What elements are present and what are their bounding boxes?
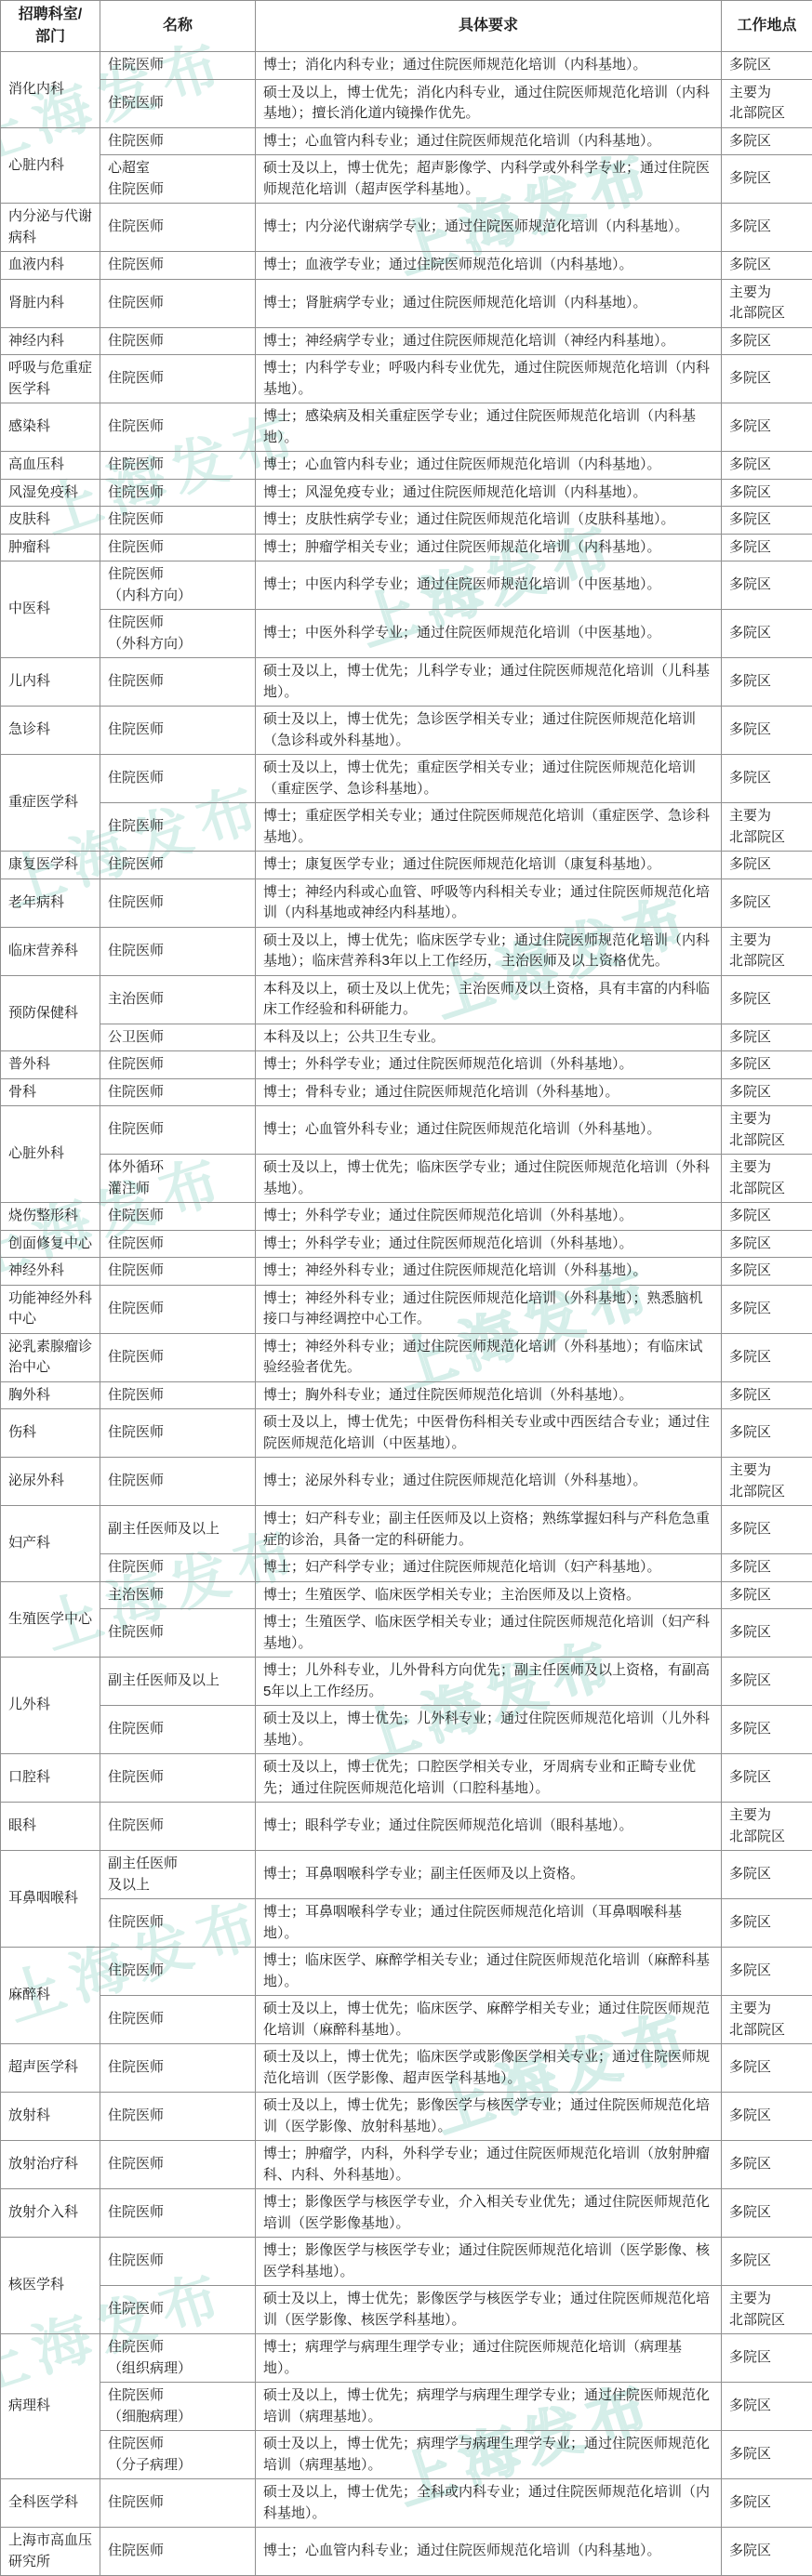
requirements-cell: 硕士及以上，博士优先；急诊医学相关专业；通过住院医师规范化培训（急诊科或外科基地… [256,707,722,755]
location-cell: 多院区 [722,1078,812,1106]
requirements-cell: 博士；心血管外科专业；通过住院医师规范化培训（外科基地）。 [256,1106,722,1155]
table-row: 烧伤整形科住院医师博士；外科学专业；通过住院医师规范化培训（外科基地）。多院区 [1,1203,812,1231]
table-row: 住院医师硕士及以上，博士优先；儿外科专业；通过住院医师规范化培训（儿外科基地）。… [1,1706,812,1754]
title-cell: 住院医师 [100,2141,256,2189]
department-cell: 预防保健科 [1,975,100,1051]
location-cell: 多院区 [722,975,812,1024]
title-cell: 住院医师 [100,1203,256,1231]
location-cell: 多院区 [722,1754,812,1803]
title-cell: 住院医师 [100,204,256,252]
title-cell: 住院医师 [100,1333,256,1381]
location-cell: 多院区 [722,1230,812,1258]
requirements-cell: 博士；外科学专业；通过住院医师规范化培训（外科基地）。 [256,1230,722,1258]
requirements-cell: 硕士及以上，博士优先；全科或内科专业；通过住院医师规范化培训（内科基地）。 [256,2479,722,2528]
title-cell: 住院医师 [100,2286,256,2334]
requirements-cell: 硕士及以上，博士优先；儿科学专业；通过住院医师规范化培训（儿科基地）。 [256,658,722,707]
location-cell: 多院区 [722,2334,812,2383]
table-row: 生殖医学中心主治医师博士；生殖医学、临床医学相关专业；主治医师及以上资格。多院区 [1,1581,812,1609]
location-cell: 多院区 [722,1285,812,1333]
location-cell: 主要为 北部院区 [722,1106,812,1155]
department-cell: 麻醉科 [1,1948,100,2044]
requirements-cell: 博士；重症医学相关专业；通过住院医师规范化培训（重症医学、急诊科基地）。 [256,803,722,852]
department-cell: 上海市高血压研究所 [1,2528,100,2576]
location-cell: 多院区 [722,2383,812,2431]
requirements-cell: 博士；神经病学专业；通过住院医师规范化培训（神经内科基地）。 [256,327,722,355]
table-row: 风湿免疫科住院医师博士；风湿免疫专业；通过住院医师规范化培训（内科基地）。多院区 [1,479,812,507]
department-cell: 创面修复中心 [1,1230,100,1258]
table-row: 康复医学科住院医师博士；康复医学专业；通过住院医师规范化培训（康复科基地）。多院… [1,852,812,879]
requirements-cell: 硕士及以上，博士优先；病理学与病理生理学专业；通过住院医师规范化培训（病理基地）… [256,2383,722,2431]
title-cell: 主治医师 [100,975,256,1024]
location-cell: 主要为 北部院区 [722,79,812,127]
requirements-cell: 博士；耳鼻咽喉科学专业；通过住院医师规范化培训（耳鼻咽喉科基地）。 [256,1899,722,1948]
department-cell: 老年病科 [1,878,100,927]
department-cell: 神经外科 [1,1258,100,1286]
location-cell: 主要为 北部院区 [722,1458,812,1506]
title-cell: 副主任医师及以上 [100,1506,256,1554]
location-cell: 多院区 [722,155,812,204]
requirements-cell: 硕士及以上，博士优先；消化内科专业，通过住院医师规范化培训（内科基地）；擅长消化… [256,79,722,127]
title-cell: 住院医师 [100,1078,256,1106]
requirements-cell: 硕士及以上，博士优先；病理学与病理生理学专业；通过住院医师规范化培训（病理基地）… [256,2431,722,2479]
location-cell: 多院区 [722,2189,812,2238]
department-cell: 普外科 [1,1051,100,1079]
table-row: 普外科住院医师博士；外科学专业；通过住院医师规范化培训（外科基地）。多院区 [1,1051,812,1079]
location-cell: 多院区 [722,52,812,80]
title-cell: 体外循环 灌注师 [100,1155,256,1203]
location-cell: 多院区 [722,878,812,927]
title-cell: 公卫医师 [100,1024,256,1051]
department-cell: 中医科 [1,561,100,658]
recruitment-table: 招聘科室/ 部门 名称 具体要求 工作地点 消化内科住院医师博士；消化内科专业；… [0,0,812,2576]
location-cell: 多院区 [722,534,812,561]
requirements-cell: 博士；生殖医学、临床医学相关专业；通过住院医师规范化培训（妇产科基地）。 [256,1609,722,1658]
title-cell: 住院医师 [100,927,256,975]
requirements-cell: 博士；内分泌代谢病学专业；通过住院医师规范化培训（内科基地）。 [256,204,722,252]
table-row: 妇产科副主任医师及以上博士；妇产科专业；副主任医师及以上资格；熟练掌握妇科与产科… [1,1506,812,1554]
department-cell: 儿内科 [1,658,100,707]
title-cell: 住院医师 [100,1554,256,1582]
location-cell: 主要为 北部院区 [722,1996,812,2044]
department-cell: 放射介入科 [1,2189,100,2238]
department-cell: 高血压科 [1,452,100,480]
requirements-cell: 博士；风湿免疫专业；通过住院医师规范化培训（内科基地）。 [256,479,722,507]
table-row: 住院医师硕士及以上，博士优先；临床医学、麻醉学相关专业；通过住院医师规范化培训（… [1,1996,812,2044]
table-row: 神经外科住院医师博士；神经外科专业；通过住院医师规范化培训（外科基地）。多院区 [1,1258,812,1286]
department-cell: 血液内科 [1,252,100,280]
title-cell: 住院医师 （组织病理） [100,2334,256,2383]
location-cell: 多院区 [722,452,812,480]
department-cell: 神经内科 [1,327,100,355]
title-cell: 住院医师 [100,252,256,280]
department-cell: 消化内科 [1,52,100,128]
requirements-cell: 博士；消化内科专业；通过住院医师规范化培训（内科基地）。 [256,52,722,80]
requirements-cell: 博士；外科学专业；通过住院医师规范化培训（外科基地）。 [256,1051,722,1079]
department-cell: 肿瘤科 [1,534,100,561]
requirements-cell: 硕士及以上，博士优先；口腔医学相关专业，牙周病专业和正畸专业优先；通过住院医师规… [256,1754,722,1803]
title-cell: 住院医师 [100,1381,256,1409]
title-cell: 住院医师 [100,878,256,927]
requirements-cell: 博士；神经外科专业；通过住院医师规范化培训（外科基地）。 [256,1258,722,1286]
table-row: 放射治疗科住院医师博士；肿瘤学，内科，外科学专业；通过住院医师规范化培训（放射肿… [1,2141,812,2189]
requirements-cell: 本科及以上，硕士及以上优先；主治医师及以上资格，具有丰富的内科临床工作经验和科研… [256,975,722,1024]
location-cell: 多院区 [722,610,812,658]
table-row: 功能神经外科中心住院医师博士；神经外科专业；通过住院医师规范化培训（外科基地）；… [1,1285,812,1333]
location-cell: 主要为 北部院区 [722,1155,812,1203]
table-row: 儿外科副主任医师及以上博士；儿外科专业，儿外骨科方向优先；副主任医师及以上资格，… [1,1658,812,1706]
requirements-cell: 博士；神经外科专业；通过住院医师规范化培训（外科基地）；熟悉脑机接口与神经调控中… [256,1285,722,1333]
title-cell: 住院医师 [100,2189,256,2238]
location-cell: 主要为 北部院区 [722,279,812,327]
location-cell: 多院区 [722,1506,812,1554]
title-cell: 住院医师 [100,2528,256,2576]
requirements-cell: 博士；血液学专业；通过住院医师规范化培训（内科基地）。 [256,252,722,280]
title-cell: 住院医师 [100,1458,256,1506]
department-cell: 内分泌与代谢病科 [1,204,100,252]
location-cell: 多院区 [722,204,812,252]
table-row: 老年病科住院医师博士；神经内科或心血管、呼吸等内科相关专业；通过住院医师规范化培… [1,878,812,927]
location-cell: 多院区 [722,507,812,535]
table-row: 血液内科住院医师博士；血液学专业；通过住院医师规范化培训（内科基地）。多院区 [1,252,812,280]
title-cell: 住院医师 （分子病理） [100,2431,256,2479]
table-row: 内分泌与代谢病科住院医师博士；内分泌代谢病学专业；通过住院医师规范化培训（内科基… [1,204,812,252]
table-row: 住院医师硕士及以上，博士优先；影像医学与核医学专业；通过住院医师规范化培训（医学… [1,2286,812,2334]
title-cell: 住院医师 [100,534,256,561]
table-row: 耳鼻咽喉科副主任医师 及以上博士；耳鼻咽喉科学专业；副主任医师及以上资格。多院区 [1,1851,812,1899]
title-cell: 副主任医师及以上 [100,1658,256,1706]
title-cell: 住院医师 [100,79,256,127]
title-cell: 心超室 住院医师 [100,155,256,204]
location-cell: 主要为 北部院区 [722,1803,812,1851]
title-cell: 住院医师 [100,1899,256,1948]
title-cell: 住院医师 [100,755,256,803]
location-cell: 多院区 [722,2528,812,2576]
title-cell: 副主任医师 及以上 [100,1851,256,1899]
title-cell: 住院医师 [100,1948,256,1996]
title-cell: 住院医师 [100,1106,256,1155]
table-row: 骨科住院医师博士；骨科专业；通过住院医师规范化培训（外科基地）。多院区 [1,1078,812,1106]
table-row: 重症医学科住院医师硕士及以上，博士优先；重症医学相关专业；通过住院医师规范化培训… [1,755,812,803]
title-cell: 住院医师 （细胞病理） [100,2383,256,2431]
department-cell: 生殖医学中心 [1,1581,100,1658]
requirements-cell: 硕士及以上，博士优先；超声影像学、内科学或外科学专业；通过住院医师规范化培训（超… [256,155,722,204]
requirements-cell: 博士；胸外科专业；通过住院医师规范化培训（外科基地）。 [256,1381,722,1409]
department-cell: 重症医学科 [1,755,100,852]
department-cell: 呼吸与危重症医学科 [1,355,100,403]
title-cell: 住院医师 [100,127,256,155]
table-row: 住院医师博士；妇产科学专业；通过住院医师规范化培训（妇产科基地）。多院区 [1,1554,812,1582]
requirements-cell: 博士；肿瘤学相关专业；通过住院医师规范化培训（内科基地）。 [256,534,722,561]
table-row: 住院医师 （细胞病理）硕士及以上，博士优先；病理学与病理生理学专业；通过住院医师… [1,2383,812,2431]
header-row: 招聘科室/ 部门 名称 具体要求 工作地点 [1,1,812,52]
requirements-cell: 博士；心血管内科专业；通过住院医师规范化培训（内科基地）。 [256,127,722,155]
location-cell: 主要为 北部院区 [722,927,812,975]
table-row: 急诊科住院医师硕士及以上，博士优先；急诊医学相关专业；通过住院医师规范化培训（急… [1,707,812,755]
title-cell: 住院医师 （外科方向） [100,610,256,658]
table-row: 呼吸与危重症医学科住院医师博士；内科学专业；呼吸内科专业优先，通过住院医师规范化… [1,355,812,403]
requirements-cell: 硕士及以上，博士优先；影像医学与核医学专业；通过住院医师规范化培训（医学影像、放… [256,2093,722,2141]
department-cell: 烧伤整形科 [1,1203,100,1231]
location-cell: 多院区 [722,2431,812,2479]
table-row: 住院医师博士；生殖医学、临床医学相关专业；通过住院医师规范化培训（妇产科基地）。… [1,1609,812,1658]
location-cell: 多院区 [722,2093,812,2141]
location-cell: 多院区 [722,1203,812,1231]
table-row: 肿瘤科住院医师博士；肿瘤学相关专业；通过住院医师规范化培训（内科基地）。多院区 [1,534,812,561]
table-row: 眼科住院医师博士；眼科学专业；通过住院医师规范化培训（眼科基地）。主要为 北部院… [1,1803,812,1851]
location-cell: 多院区 [722,1706,812,1754]
title-cell: 住院医师 [100,2093,256,2141]
requirements-cell: 博士；病理学与病理生理学专业；通过住院医师规范化培训（病理基地）。 [256,2334,722,2383]
table-row: 皮肤科住院医师博士；皮肤性病学专业；通过住院医师规范化培训（皮肤科基地）。多院区 [1,507,812,535]
table-row: 上海市高血压研究所住院医师博士；心血管内科专业；通过住院医师规范化培训（内科基地… [1,2528,812,2576]
requirements-cell: 博士；皮肤性病学专业；通过住院医师规范化培训（皮肤科基地）。 [256,507,722,535]
location-cell: 多院区 [722,355,812,403]
department-cell: 康复医学科 [1,852,100,879]
title-cell: 住院医师 [100,279,256,327]
location-cell: 多院区 [722,127,812,155]
table-row: 中医科住院医师 （内科方向）博士；中医内科学专业；通过住院医师规范化培训（中医基… [1,561,812,610]
title-cell: 住院医师 [100,355,256,403]
title-cell: 住院医师 [100,1609,256,1658]
table-row: 住院医师 （外科方向）博士；中医外科学专业；通过住院医师规范化培训（中医基地）。… [1,610,812,658]
department-cell: 感染科 [1,403,100,452]
table-row: 预防保健科主治医师本科及以上，硕士及以上优先；主治医师及以上资格，具有丰富的内科… [1,975,812,1024]
table-row: 肾脏内科住院医师博士；肾脏病学专业；通过住院医师规范化培训（内科基地）。主要为 … [1,279,812,327]
header-requirements: 具体要求 [256,1,722,52]
table-row: 病理科住院医师 （组织病理）博士；病理学与病理生理学专业；通过住院医师规范化培训… [1,2334,812,2383]
title-cell: 住院医师 [100,403,256,452]
department-cell: 全科医学科 [1,2479,100,2528]
table-row: 高血压科住院医师博士；心血管内科专业；通过住院医师规范化培训（内科基地）。多院区 [1,452,812,480]
header-dept: 招聘科室/ 部门 [1,1,100,52]
table-row: 核医学科住院医师博士；影像医学与核医学专业；通过住院医师规范化培训（医学影像、核… [1,2238,812,2286]
requirements-cell: 博士；临床医学、麻醉学相关专业；通过住院医师规范化培训（麻醉科基地）。 [256,1948,722,1996]
title-cell: 住院医师 [100,1706,256,1754]
location-cell: 多院区 [722,1581,812,1609]
location-cell: 多院区 [722,852,812,879]
department-cell: 肾脏内科 [1,279,100,327]
title-cell: 住院医师 [100,2044,256,2093]
requirements-cell: 博士；眼科学专业；通过住院医师规范化培训（眼科基地）。 [256,1803,722,1851]
title-cell: 住院医师 [100,2479,256,2528]
department-cell: 超声医学科 [1,2044,100,2093]
table-row: 住院医师博士；耳鼻咽喉科学专业；通过住院医师规范化培训（耳鼻咽喉科基地）。多院区 [1,1899,812,1948]
requirements-cell: 博士；康复医学专业；通过住院医师规范化培训（康复科基地）。 [256,852,722,879]
title-cell: 住院医师 [100,1754,256,1803]
table-row: 放射科住院医师硕士及以上，博士优先；影像医学与核医学专业；通过住院医师规范化培训… [1,2093,812,2141]
title-cell: 住院医师 [100,452,256,480]
department-cell: 核医学科 [1,2238,100,2334]
department-cell: 耳鼻咽喉科 [1,1851,100,1948]
header-location: 工作地点 [722,1,812,52]
requirements-cell: 硕士及以上，博士优先；临床医学专业；通过住院医师规范化培训（内科基地）；临床营养… [256,927,722,975]
department-cell: 口腔科 [1,1754,100,1803]
requirements-cell: 博士；感染病及相关重症医学专业；通过住院医师规范化培训（内科基地）。 [256,403,722,452]
requirements-cell: 博士；中医外科学专业；通过住院医师规范化培训（中医基地）。 [256,610,722,658]
requirements-cell: 博士；生殖医学、临床医学相关专业；主治医师及以上资格。 [256,1581,722,1609]
table-row: 住院医师硕士及以上，博士优先；消化内科专业，通过住院医师规范化培训（内科基地）；… [1,79,812,127]
department-cell: 风湿免疫科 [1,479,100,507]
title-cell: 住院医师 [100,1409,256,1458]
requirements-cell: 博士；神经外科专业；通过住院医师规范化培训（外科基地）；有临床试验经验者优先。 [256,1333,722,1381]
location-cell: 多院区 [722,1609,812,1658]
table-row: 住院医师 （分子病理）硕士及以上，博士优先；病理学与病理生理学专业；通过住院医师… [1,2431,812,2479]
location-cell: 多院区 [722,1554,812,1582]
location-cell: 多院区 [722,2044,812,2093]
requirements-cell: 博士；肿瘤学，内科，外科学专业；通过住院医师规范化培训（放射肿瘤科、内科、外科基… [256,2141,722,2189]
title-cell: 住院医师 [100,1230,256,1258]
title-cell: 住院医师 [100,2238,256,2286]
requirements-cell: 博士；外科学专业；通过住院医师规范化培训（外科基地）。 [256,1203,722,1231]
title-cell: 住院医师 [100,707,256,755]
table-row: 心脏内科住院医师博士；心血管内科专业；通过住院医师规范化培训（内科基地）。多院区 [1,127,812,155]
table-row: 心超室 住院医师硕士及以上，博士优先；超声影像学、内科学或外科学专业；通过住院医… [1,155,812,204]
table-row: 胸外科住院医师博士；胸外科专业；通过住院医师规范化培训（外科基地）。多院区 [1,1381,812,1409]
location-cell: 多院区 [722,658,812,707]
header-name: 名称 [100,1,256,52]
table-row: 住院医师博士；重症医学相关专业；通过住院医师规范化培训（重症医学、急诊科基地）。… [1,803,812,852]
table-row: 临床营养科住院医师硕士及以上，博士优先；临床医学专业；通过住院医师规范化培训（内… [1,927,812,975]
table-row: 神经内科住院医师博士；神经病学专业；通过住院医师规范化培训（神经内科基地）。多院… [1,327,812,355]
requirements-cell: 博士；骨科专业；通过住院医师规范化培训（外科基地）。 [256,1078,722,1106]
title-cell: 住院医师 [100,1803,256,1851]
location-cell: 多院区 [722,1024,812,1051]
table-row: 口腔科住院医师硕士及以上，博士优先；口腔医学相关专业，牙周病专业和正畸专业优先；… [1,1754,812,1803]
table-row: 全科医学科住院医师硕士及以上，博士优先；全科或内科专业；通过住院医师规范化培训（… [1,2479,812,2528]
location-cell: 多院区 [722,403,812,452]
table-row: 伤科住院医师硕士及以上，博士优先；中医骨伤科相关专业或中西医结合专业；通过住院医… [1,1409,812,1458]
department-cell: 功能神经外科中心 [1,1285,100,1333]
location-cell: 多院区 [722,2479,812,2528]
location-cell: 多院区 [722,1948,812,1996]
department-cell: 临床营养科 [1,927,100,975]
title-cell: 住院医师 [100,852,256,879]
requirements-cell: 博士；儿外科专业，儿外骨科方向优先；副主任医师及以上资格，有副高5年以上工作经历… [256,1658,722,1706]
table-row: 泌尿外科住院医师博士；泌尿外科专业；通过住院医师规范化培训（外科基地）。主要为 … [1,1458,812,1506]
requirements-cell: 博士；内科学专业；呼吸内科专业优先，通过住院医师规范化培训（内科基地）。 [256,355,722,403]
department-cell: 胸外科 [1,1381,100,1409]
location-cell: 多院区 [722,327,812,355]
table-row: 泌乳素腺瘤诊治中心住院医师博士；神经外科专业；通过住院医师规范化培训（外科基地）… [1,1333,812,1381]
location-cell: 多院区 [722,479,812,507]
requirements-cell: 博士；心血管内科专业；通过住院医师规范化培训（内科基地）。 [256,2528,722,2576]
location-cell: 多院区 [722,561,812,610]
department-cell: 心脏外科 [1,1106,100,1203]
location-cell: 多院区 [722,707,812,755]
department-cell: 放射科 [1,2093,100,2141]
title-cell: 住院医师 [100,803,256,852]
requirements-cell: 博士；中医内科学专业；通过住院医师规范化培训（中医基地）。 [256,561,722,610]
requirements-cell: 硕士及以上，博士优先；影像医学与核医学专业；通过住院医师规范化培训（医学影像、核… [256,2286,722,2334]
department-cell: 眼科 [1,1803,100,1851]
department-cell: 儿外科 [1,1658,100,1754]
location-cell: 主要为 北部院区 [722,2286,812,2334]
table-row: 麻醉科住院医师博士；临床医学、麻醉学相关专业；通过住院医师规范化培训（麻醉科基地… [1,1948,812,1996]
title-cell: 住院医师 [100,1285,256,1333]
title-cell: 住院医师 （内科方向） [100,561,256,610]
requirements-cell: 博士；神经内科或心血管、呼吸等内科相关专业；通过住院医师规范化培训（内科基地或神… [256,878,722,927]
requirements-cell: 硕士及以上，博士优先；重症医学相关专业；通过住院医师规范化培训（重症医学、急诊科… [256,755,722,803]
department-cell: 泌尿外科 [1,1458,100,1506]
department-cell: 放射治疗科 [1,2141,100,2189]
department-cell: 病理科 [1,2334,100,2479]
table-row: 放射介入科住院医师博士；影像医学与核医学专业，介入相关专业优先；通过住院医师规范… [1,2189,812,2238]
table-row: 创面修复中心住院医师博士；外科学专业；通过住院医师规范化培训（外科基地）。多院区 [1,1230,812,1258]
title-cell: 住院医师 [100,1258,256,1286]
location-cell: 多院区 [722,1658,812,1706]
requirements-cell: 硕士及以上，博士优先；临床医学或影像医学相关专业；通过住院医师规范化培训（医学影… [256,2044,722,2093]
location-cell: 多院区 [722,1051,812,1079]
title-cell: 住院医师 [100,507,256,535]
title-cell: 主治医师 [100,1581,256,1609]
location-cell: 主要为 北部院区 [722,803,812,852]
department-cell: 伤科 [1,1409,100,1458]
location-cell: 多院区 [722,1899,812,1948]
requirements-cell: 硕士及以上，博士优先；临床医学、麻醉学相关专业；通过住院医师规范化培训（麻醉科基… [256,1996,722,2044]
table-row: 心脏外科住院医师博士；心血管外科专业；通过住院医师规范化培训（外科基地）。主要为… [1,1106,812,1155]
department-cell: 皮肤科 [1,507,100,535]
department-cell: 心脏内科 [1,127,100,204]
requirements-cell: 博士；影像医学与核医学专业；通过住院医师规范化培训（医学影像、核医学科基地）。 [256,2238,722,2286]
location-cell: 多院区 [722,1333,812,1381]
title-cell: 住院医师 [100,658,256,707]
requirements-cell: 硕士及以上，博士优先；儿外科专业；通过住院医师规范化培训（儿外科基地）。 [256,1706,722,1754]
title-cell: 住院医师 [100,1996,256,2044]
requirements-cell: 博士；耳鼻咽喉科学专业；副主任医师及以上资格。 [256,1851,722,1899]
location-cell: 多院区 [722,1258,812,1286]
requirements-cell: 硕士及以上，博士优先；中医骨伤科相关专业或中西医结合专业；通过住院医师规范化培训… [256,1409,722,1458]
title-cell: 住院医师 [100,479,256,507]
requirements-cell: 博士；肾脏病学专业；通过住院医师规范化培训（内科基地）。 [256,279,722,327]
location-cell: 多院区 [722,252,812,280]
location-cell: 多院区 [722,1409,812,1458]
table-row: 超声医学科住院医师硕士及以上，博士优先；临床医学或影像医学相关专业；通过住院医师… [1,2044,812,2093]
requirements-cell: 博士；泌尿外科专业；通过住院医师规范化培训（外科基地）。 [256,1458,722,1506]
department-cell: 妇产科 [1,1506,100,1582]
table-row: 体外循环 灌注师硕士及以上，博士优先；临床医学专业；通过住院医师规范化培训（外科… [1,1155,812,1203]
title-cell: 住院医师 [100,327,256,355]
location-cell: 多院区 [722,755,812,803]
department-cell: 急诊科 [1,707,100,755]
requirements-cell: 硕士及以上，博士优先；临床医学专业；通过住院医师规范化培训（外科基地）。 [256,1155,722,1203]
requirements-cell: 本科及以上；公共卫生专业。 [256,1024,722,1051]
location-cell: 多院区 [722,2141,812,2189]
location-cell: 多院区 [722,1381,812,1409]
requirements-cell: 博士；妇产科学专业；通过住院医师规范化培训（妇产科基地）。 [256,1554,722,1582]
table-row: 儿内科住院医师硕士及以上，博士优先；儿科学专业；通过住院医师规范化培训（儿科基地… [1,658,812,707]
department-cell: 骨科 [1,1078,100,1106]
title-cell: 住院医师 [100,52,256,80]
location-cell: 多院区 [722,1851,812,1899]
title-cell: 住院医师 [100,1051,256,1079]
requirements-cell: 博士；影像医学与核医学专业，介入相关专业优先；通过住院医师规范化培训（医学影像基… [256,2189,722,2238]
table-row: 感染科住院医师博士；感染病及相关重症医学专业；通过住院医师规范化培训（内科基地）… [1,403,812,452]
location-cell: 多院区 [722,2238,812,2286]
table-row: 公卫医师本科及以上；公共卫生专业。多院区 [1,1024,812,1051]
requirements-cell: 博士；心血管内科专业；通过住院医师规范化培训（内科基地）。 [256,452,722,480]
requirements-cell: 博士；妇产科专业；副主任医师及以上资格；熟练掌握妇科与产科危急重症的诊治，具备一… [256,1506,722,1554]
table-row: 消化内科住院医师博士；消化内科专业；通过住院医师规范化培训（内科基地）。多院区 [1,52,812,80]
department-cell: 泌乳素腺瘤诊治中心 [1,1333,100,1381]
